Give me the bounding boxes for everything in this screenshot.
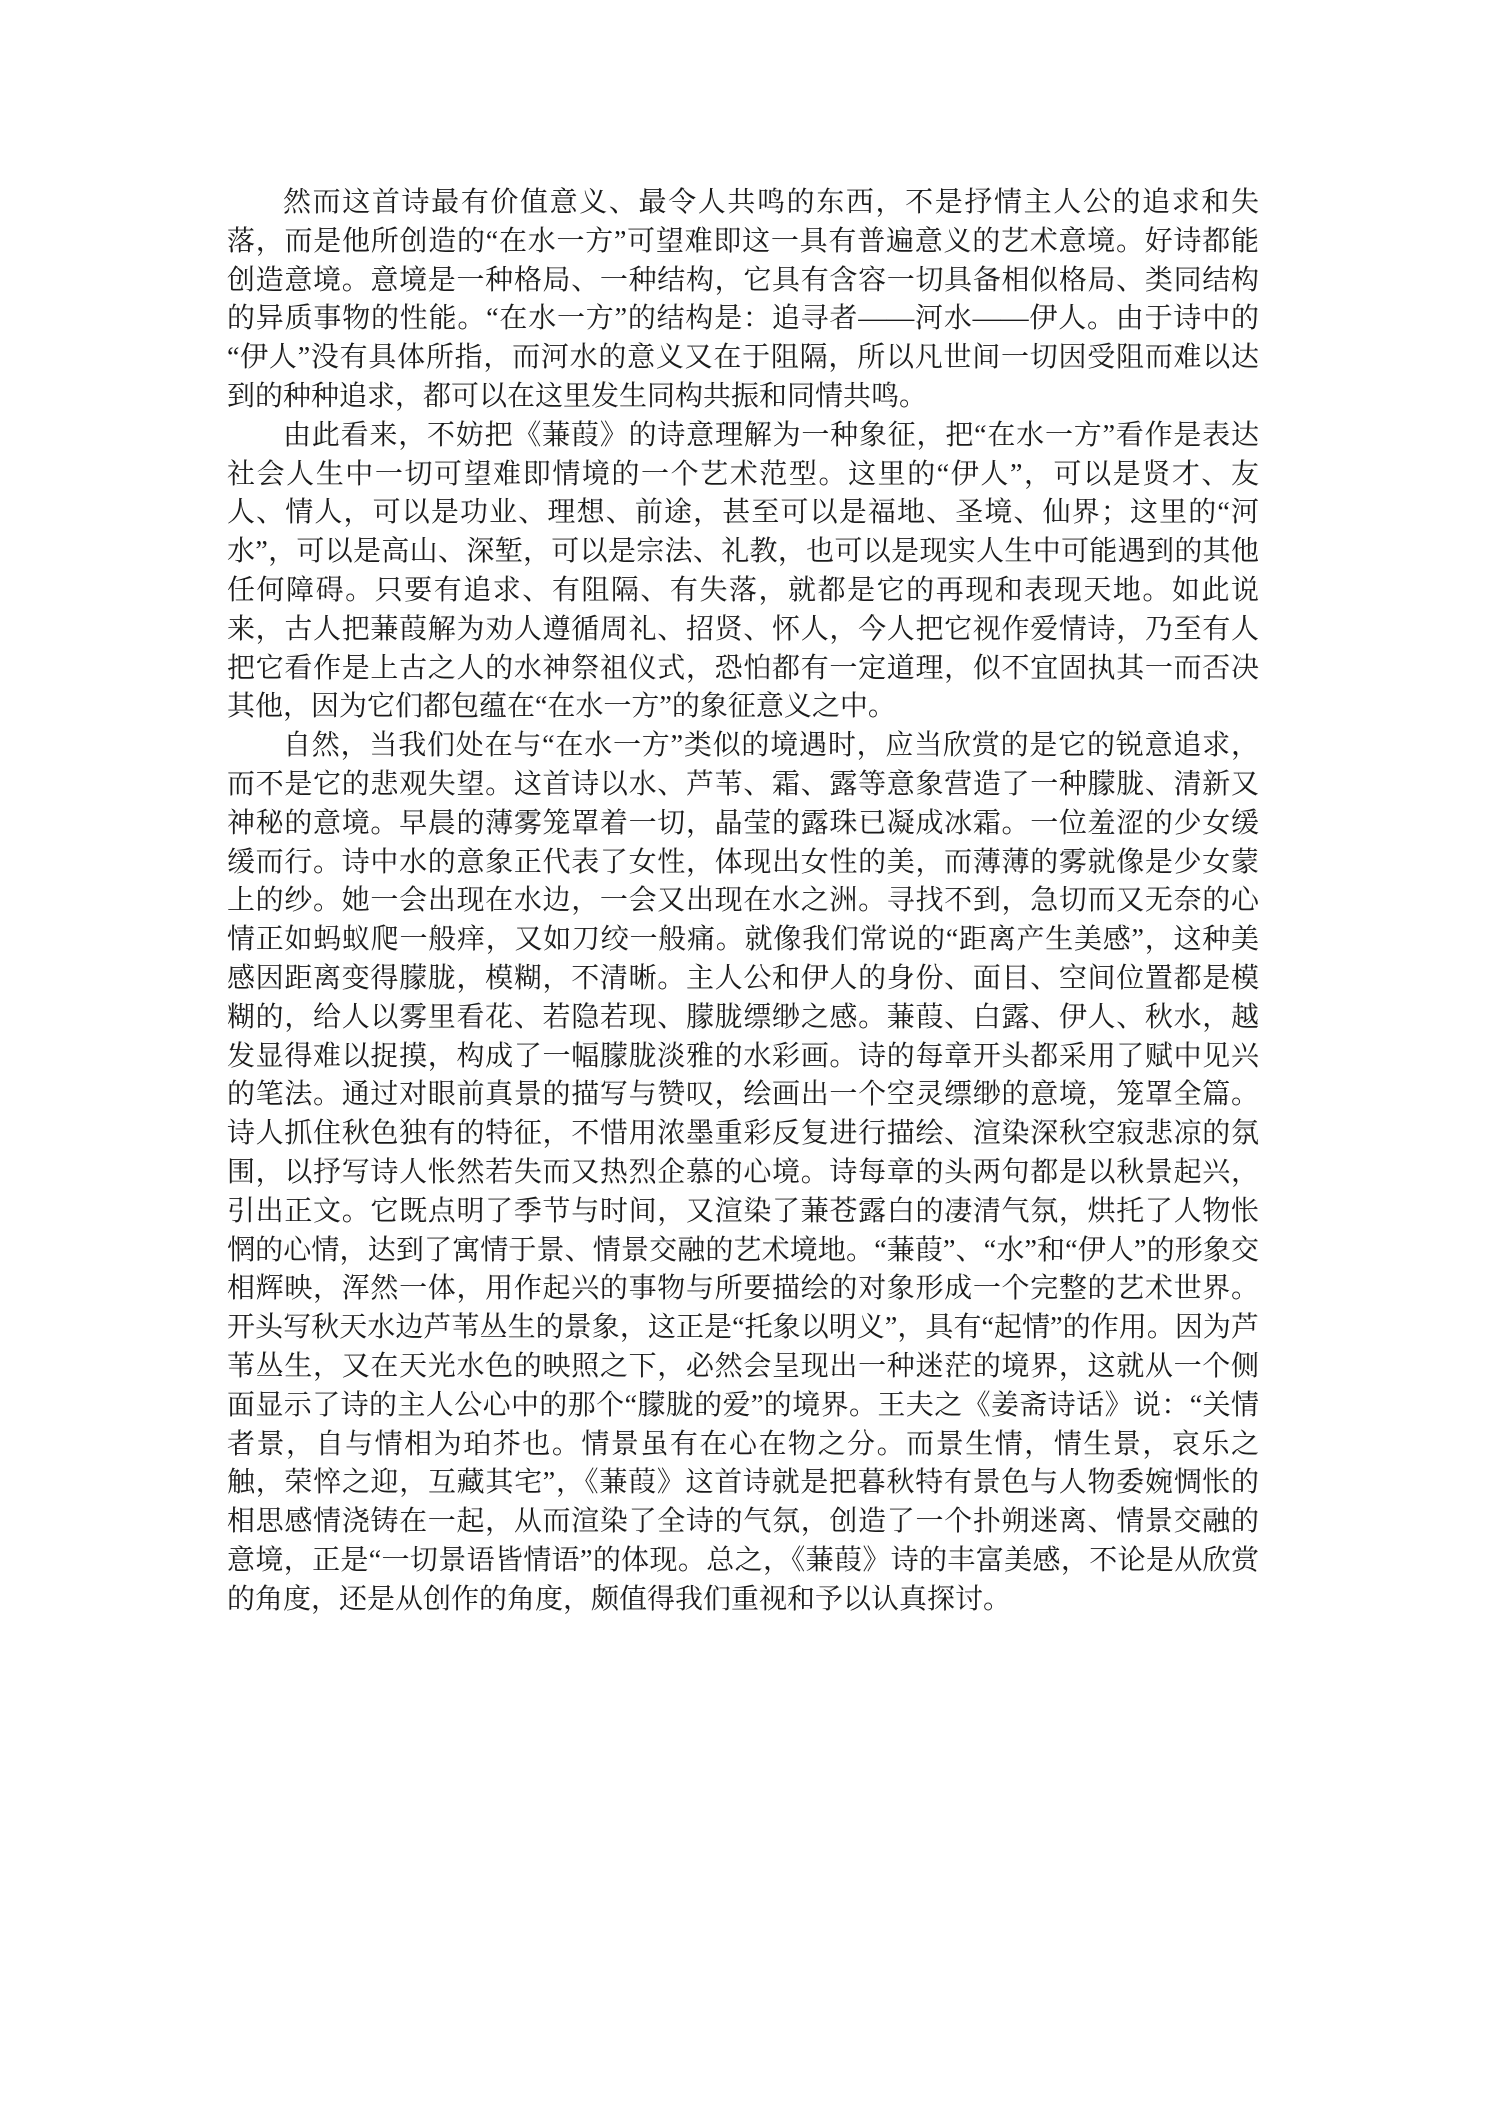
document-page: 然而这首诗最有价值意义、最令人共鸣的东西，不是抒情主人公的追求和失落，而是他所创… [0,0,1499,2120]
paragraph-2: 由此看来，不妨把《蒹葭》的诗意理解为一种象征，把“在水一方”看作是表达社会人生中… [227,417,1259,727]
text-body: 然而这首诗最有价值意义、最令人共鸣的东西，不是抒情主人公的追求和失落，而是他所创… [227,184,1259,1619]
paragraph-3: 自然，当我们处在与“在水一方”类似的境遇时，应当欣赏的是它的锐意追求，而不是它的… [227,727,1259,1619]
paragraph-1: 然而这首诗最有价值意义、最令人共鸣的东西，不是抒情主人公的追求和失落，而是他所创… [227,184,1259,417]
